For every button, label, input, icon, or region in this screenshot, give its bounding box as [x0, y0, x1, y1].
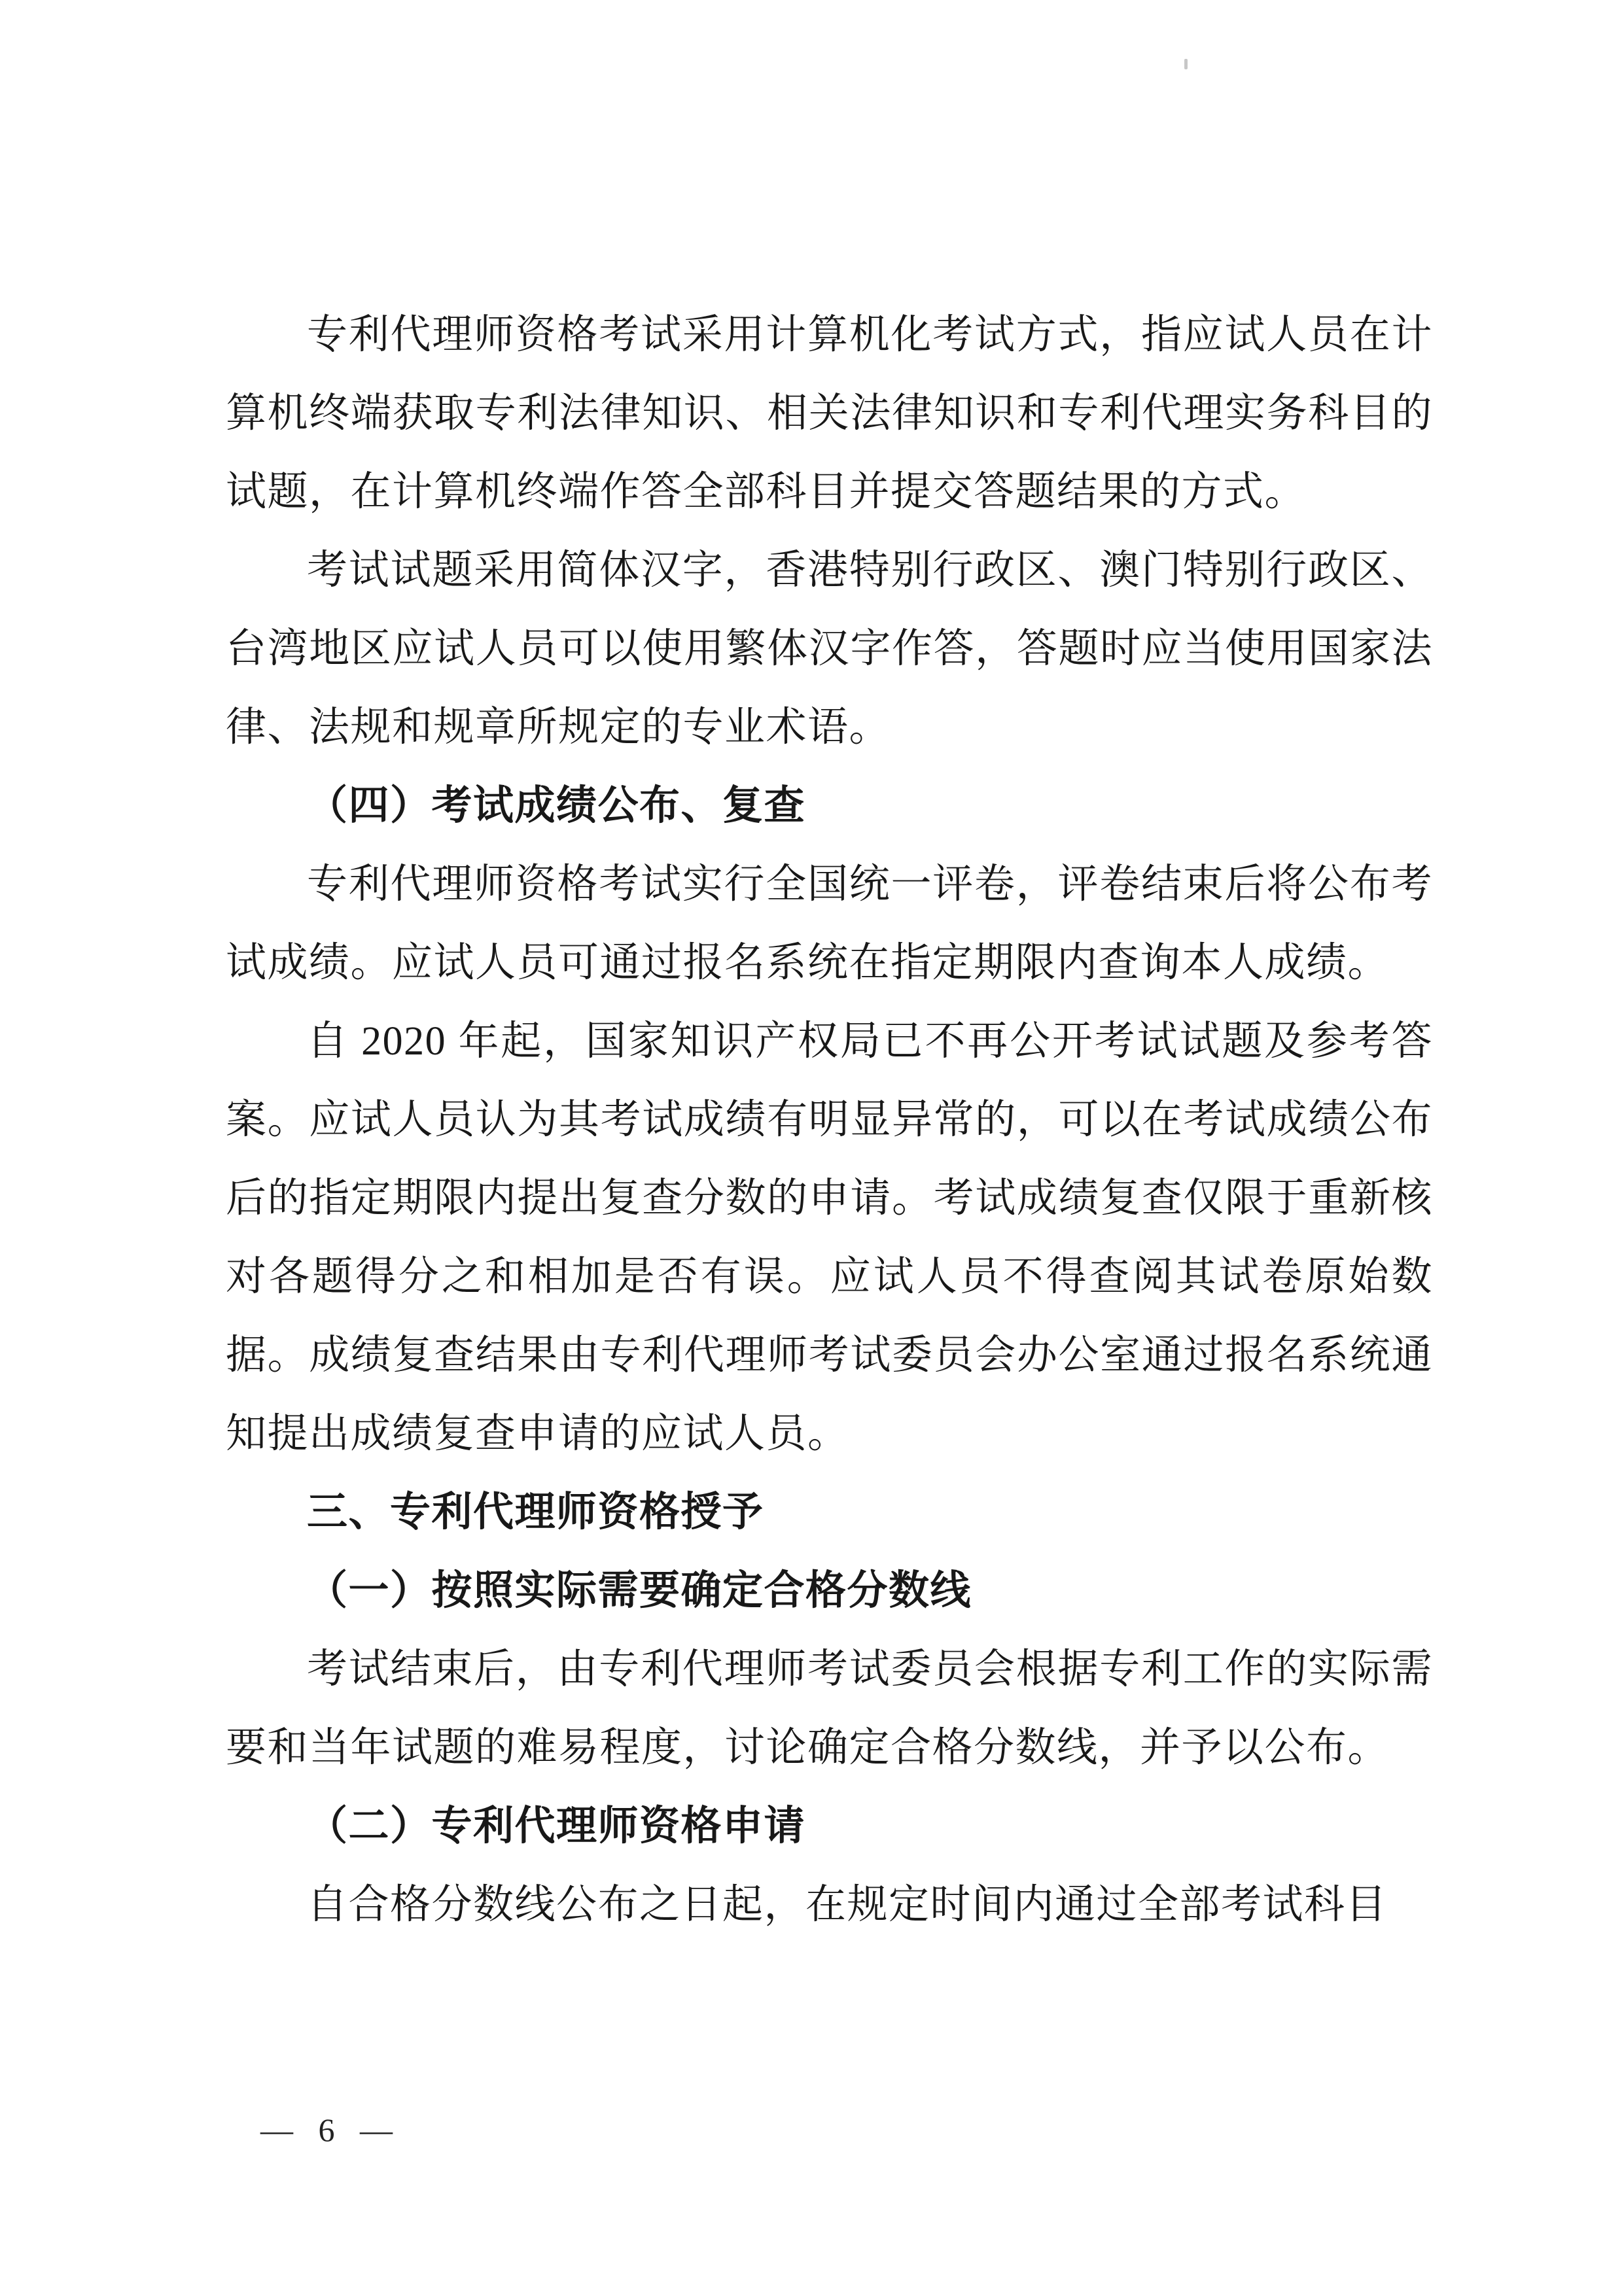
paragraph-national-unified-grading: 专利代理师资格考试实行全国统一评卷，评卷结束后将公布考试成绩。应试人员可通过报名…: [226, 845, 1433, 1002]
paragraph-computerized-exam-format: 专利代理师资格考试采用计算机化考试方式，指应试人员在计算机终端获取专利法律知识、…: [226, 296, 1433, 531]
paragraph-qualification-application-start: 自合格分数线公布之日起，在规定时间内通过全部考试科目: [226, 1866, 1433, 1944]
scan-artifact-mark: [1184, 59, 1188, 69]
heading-section-4-score-publication-review: （四）考试成绩公布、复查: [226, 767, 1433, 845]
document-body: 专利代理师资格考试采用计算机化考试方式，指应试人员在计算机终端获取专利法律知识、…: [226, 296, 1433, 1944]
paragraph-passing-line-determination: 考试结束后，由专利代理师考试委员会根据专利工作的实际需要和当年试题的难易程度，讨…: [226, 1630, 1433, 1787]
heading-part-3-qualification-granting: 三、专利代理师资格授予: [226, 1473, 1433, 1552]
page-number: — 6 —: [260, 2112, 393, 2148]
heading-section-1-passing-score-line: （一）按照实际需要确定合格分数线: [226, 1552, 1433, 1630]
paragraph-simplified-characters-rule: 考试试题采用简体汉字，香港特别行政区、澳门特别行政区、台湾地区应试人员可以使用繁…: [226, 531, 1433, 767]
document-page: 专利代理师资格考试采用计算机化考试方式，指应试人员在计算机终端获取专利法律知识、…: [0, 0, 1624, 2296]
paragraph-score-review-procedure: 自 2020 年起，国家知识产权局已不再公开考试试题及参考答案。应试人员认为其考…: [226, 1002, 1433, 1473]
heading-section-2-qualification-application: （二）专利代理师资格申请: [226, 1787, 1433, 1866]
